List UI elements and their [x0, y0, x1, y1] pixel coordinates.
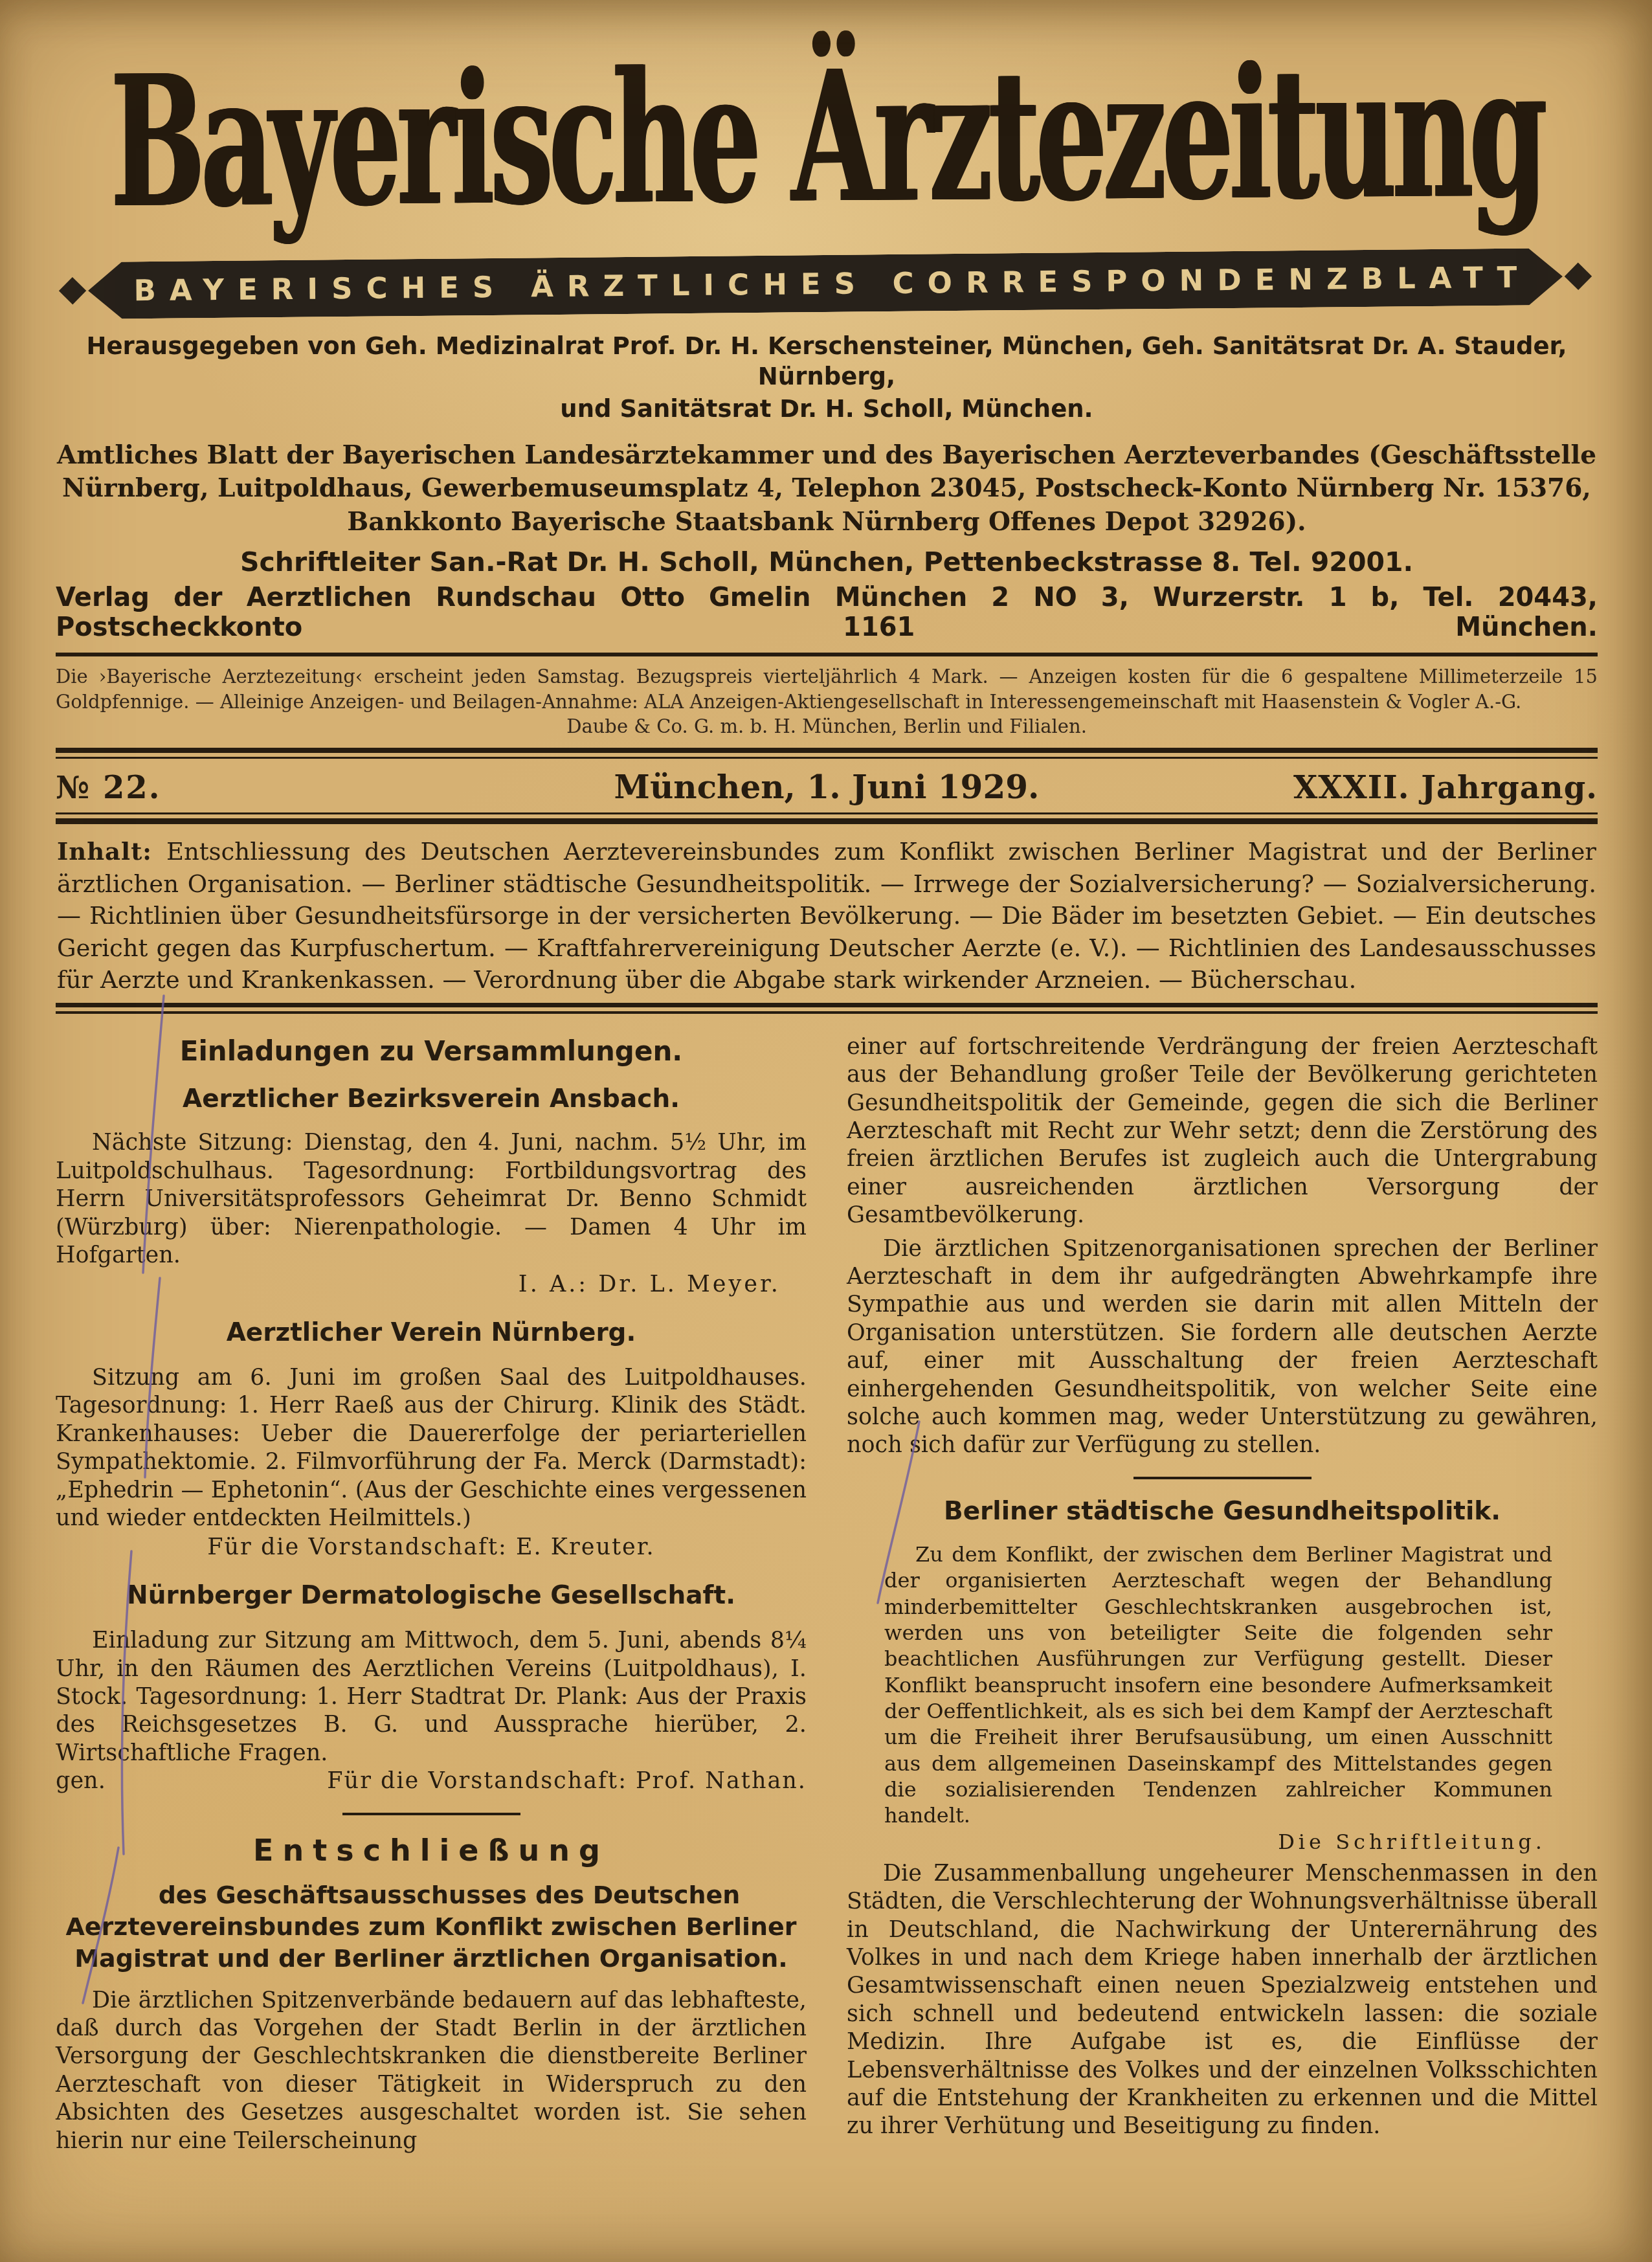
signature-kreuter: Für die Vorstandschaft: E. Kreuter.: [56, 1534, 807, 1562]
signature-nathan: Für die Vorstandschaft: Prof. Nathan.: [327, 1767, 807, 1795]
subscription-note: Die ›Bayerische Aerztezeitung‹ erscheint…: [56, 664, 1598, 714]
resolution-title: Entschließung: [56, 1832, 807, 1869]
rule: [56, 653, 1598, 656]
publishing-house-line: Verlag der Aerztlichen Rundschau Otto Gm…: [56, 583, 1598, 642]
toc-text: Entschliessung des Deutschen Aerzteverei…: [57, 838, 1596, 994]
ribbon-diamond-left-icon: [59, 277, 86, 304]
issue-number: № 22.: [56, 770, 441, 806]
article-columns: Einladungen zu Versammlungen. Aerztliche…: [56, 1033, 1598, 2155]
ribbon-diamond-right-icon: [1565, 263, 1592, 290]
signature-meyer: I. A.: Dr. L. Meyer.: [56, 1271, 807, 1299]
publisher-line-1: Herausgegeben von Geh. Medizinalrat Prof…: [56, 331, 1598, 392]
issue-line: № 22. München, 1. Juni 1929. XXXII. Jahr…: [56, 764, 1598, 812]
paragraph-resolution: Die ärztlichen Spitzenverbände bedauern …: [56, 1987, 807, 2155]
signature-schriftleitung: Die Schriftleitung.: [884, 1829, 1552, 1855]
issue-volume: XXXII. Jahrgang.: [1212, 770, 1598, 806]
double-rule: [56, 812, 1598, 824]
masthead-title: Bayerische Ärztezeitung: [56, 41, 1598, 232]
double-rule: [56, 748, 1598, 759]
publisher-line-2: und Sanitätsrat Dr. H. Scholl, München.: [56, 394, 1598, 425]
paragraph-nuernberg-verein: Sitzung am 6. Juni im großen Saal des Lu…: [56, 1364, 807, 1532]
editor-line: Schriftleiter San.-Rat Dr. H. Scholl, Mü…: [56, 546, 1598, 577]
left-column: Einladungen zu Versammlungen. Aerztliche…: [56, 1033, 807, 2155]
signature-nathan-row: gen. Für die Vorstandschaft: Prof. Natha…: [56, 1767, 807, 1795]
section-title-ansbach: Aerztlicher Bezirksverein Ansbach.: [56, 1084, 807, 1115]
official-gazette-note: Amtliches Blatt der Bayerischen Landesär…: [56, 439, 1598, 539]
issue-place-date: München, 1. Juni 1929.: [441, 768, 1212, 806]
section-title-gesundheitspolitik: Berliner städtische Gesundheitspolitik.: [847, 1496, 1598, 1527]
section-divider: [342, 1813, 520, 1815]
newspaper-page: Bayerische Ärztezeitung BAYERISCHES ÄRZT…: [0, 0, 1652, 2262]
subtitle-ribbon: BAYERISCHES ÄRZTLICHES CORRESPONDENZBLAT…: [57, 248, 1594, 320]
paragraph-dermatologische: Einladung zur Sitzung am Mittwoch, dem 5…: [56, 1627, 807, 1767]
section-title-dermatologische: Nürnberger Dermatologische Gesellschaft.: [56, 1580, 807, 1611]
section-title-invitations: Einladungen zu Versammlungen.: [56, 1035, 807, 1068]
ribbon-band: BAYERISCHES ÄRZTLICHES CORRESPONDENZBLAT…: [88, 248, 1563, 319]
section-divider: [1133, 1477, 1312, 1479]
table-of-contents: Inhalt: Entschliessung des Deutschen Aer…: [56, 833, 1598, 1003]
paragraph-ansbach: Nächste Sitzung: Dienstag, den 4. Juni, …: [56, 1129, 807, 1270]
subscription-note-last-line: Daube & Co. G. m. b. H. München, Berlin …: [56, 714, 1598, 739]
ribbon-text: BAYERISCHES ÄRZTLICHES CORRESPONDENZBLAT…: [120, 260, 1530, 308]
paragraph-soziale-medizin: Die Zusammenballung ungeheurer Menschenm…: [847, 1860, 1598, 2141]
double-rule: [56, 1003, 1598, 1014]
editorial-note-block: Zu dem Konflikt, der zwischen dem Berlin…: [884, 1541, 1552, 1855]
resolution-subtitle: des Geschäftsausschusses des Deutschen A…: [56, 1879, 807, 1975]
paragraph-continuation: einer auf fortschreitende Verdrängung de…: [847, 1033, 1598, 1230]
right-column: einer auf fortschreitende Verdrängung de…: [847, 1033, 1598, 2155]
paragraph-editorial-note: Zu dem Konflikt, der zwischen dem Berlin…: [884, 1541, 1552, 1828]
toc-label: Inhalt:: [57, 837, 152, 866]
masthead: Bayerische Ärztezeitung BAYERISCHES ÄRZT…: [56, 82, 1598, 1014]
hyphen-carryover: gen.: [56, 1767, 106, 1795]
paragraph-sympathie: Die ärztlichen Spitzenorganisationen spr…: [847, 1235, 1598, 1460]
section-title-nuernberg-verein: Aerztlicher Verein Nürnberg.: [56, 1317, 807, 1349]
